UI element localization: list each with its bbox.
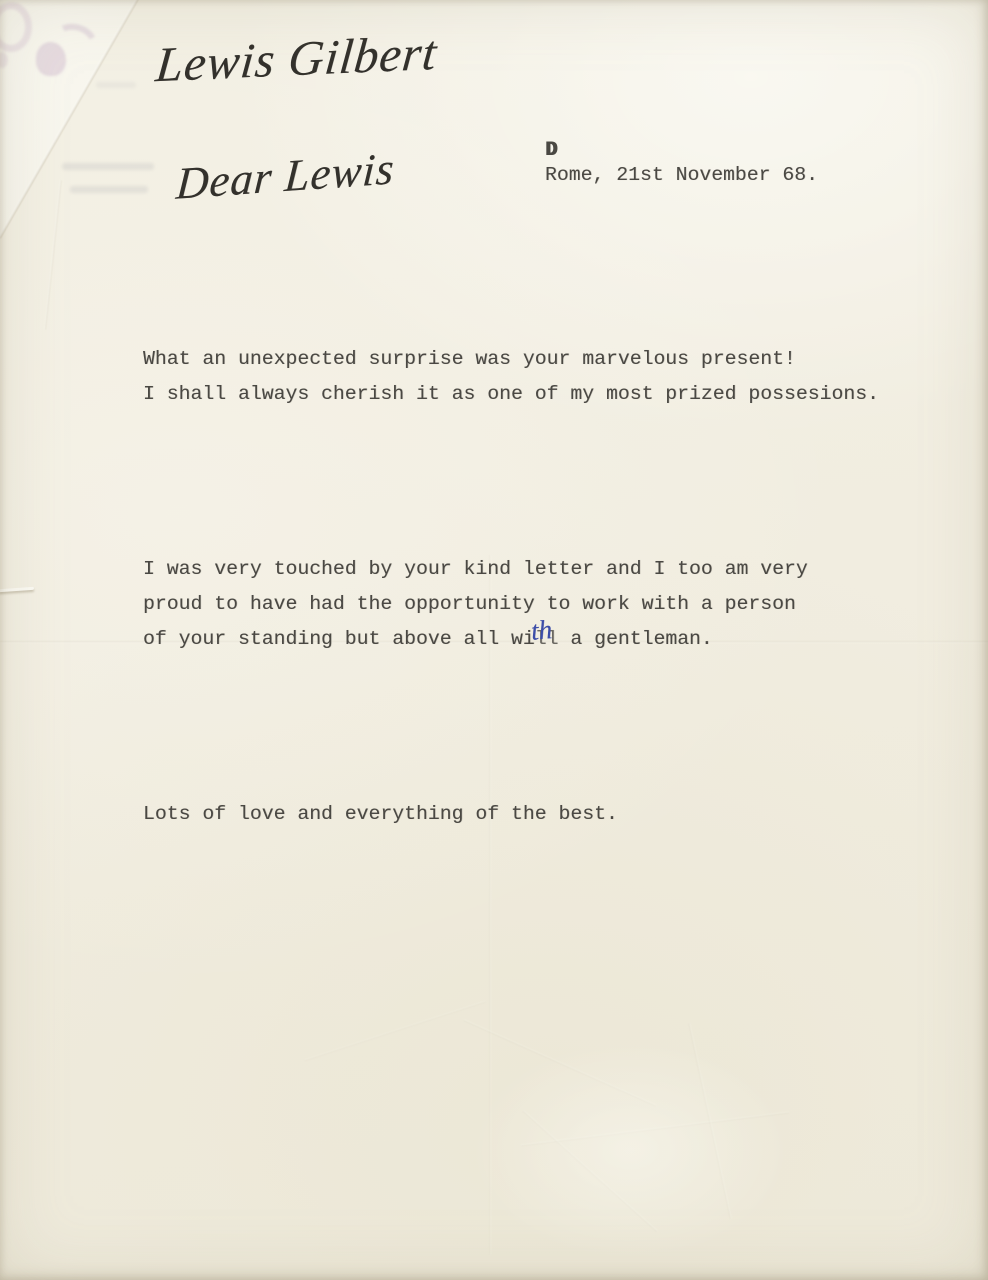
paper-wrinkle (464, 1019, 657, 1106)
paragraph-2: I was very touched by your kind letter a… (143, 552, 933, 657)
body-line: What an unexpected surprise was your mar… (143, 348, 796, 370)
stamp-edge-curve (0, 2, 32, 52)
paper-wrinkle (521, 1112, 789, 1147)
fold-crease-diagonal (0, 0, 140, 239)
paragraph-3: Lots of love and everything of the best. (143, 797, 933, 832)
body-line: Lots of love and everything of the best. (143, 803, 618, 825)
paper-edge-tear (0, 587, 34, 593)
handwritten-name: Lewis Gilbert (153, 24, 439, 94)
paper-wrinkle (688, 1023, 732, 1219)
paper-wrinkle-highlight (470, 1040, 790, 1260)
stamp-curve (45, 18, 104, 73)
bleedthrough-text-mark (62, 163, 154, 170)
dateline: Rome, 21st November 68. (545, 164, 818, 186)
body-line: of your standing but above all wi (143, 628, 535, 650)
handwritten-salutation: Dear Lewis (174, 142, 396, 210)
ink-correction: llth (535, 622, 559, 657)
stamp-dot (0, 52, 8, 68)
fold-crease-top-left (44, 180, 62, 329)
stamp-blob (36, 42, 66, 76)
body-line: proud to have had the opportunity to wor… (143, 593, 796, 615)
faded-stamp-mark (0, 0, 130, 120)
body-line: a gentleman. (558, 628, 712, 650)
scanned-letter-page: Lewis Gilbert Dear Lewis D Rome, 21st No… (0, 0, 988, 1280)
handwritten-blue-correction: th (529, 612, 553, 649)
bleedthrough-text-mark (96, 82, 136, 88)
bleedthrough-text-mark (70, 186, 148, 193)
paper-wrinkle (304, 1001, 485, 1062)
paragraph-1: What an unexpected surprise was your mar… (143, 342, 933, 412)
typed-overstrike-mark: D (545, 139, 557, 162)
body-line: I was very touched by your kind letter a… (143, 558, 808, 580)
body-line: I shall always cherish it as one of my m… (143, 383, 879, 405)
paper-wrinkle (522, 1110, 657, 1232)
letter-body: What an unexpected surprise was your mar… (143, 272, 933, 937)
